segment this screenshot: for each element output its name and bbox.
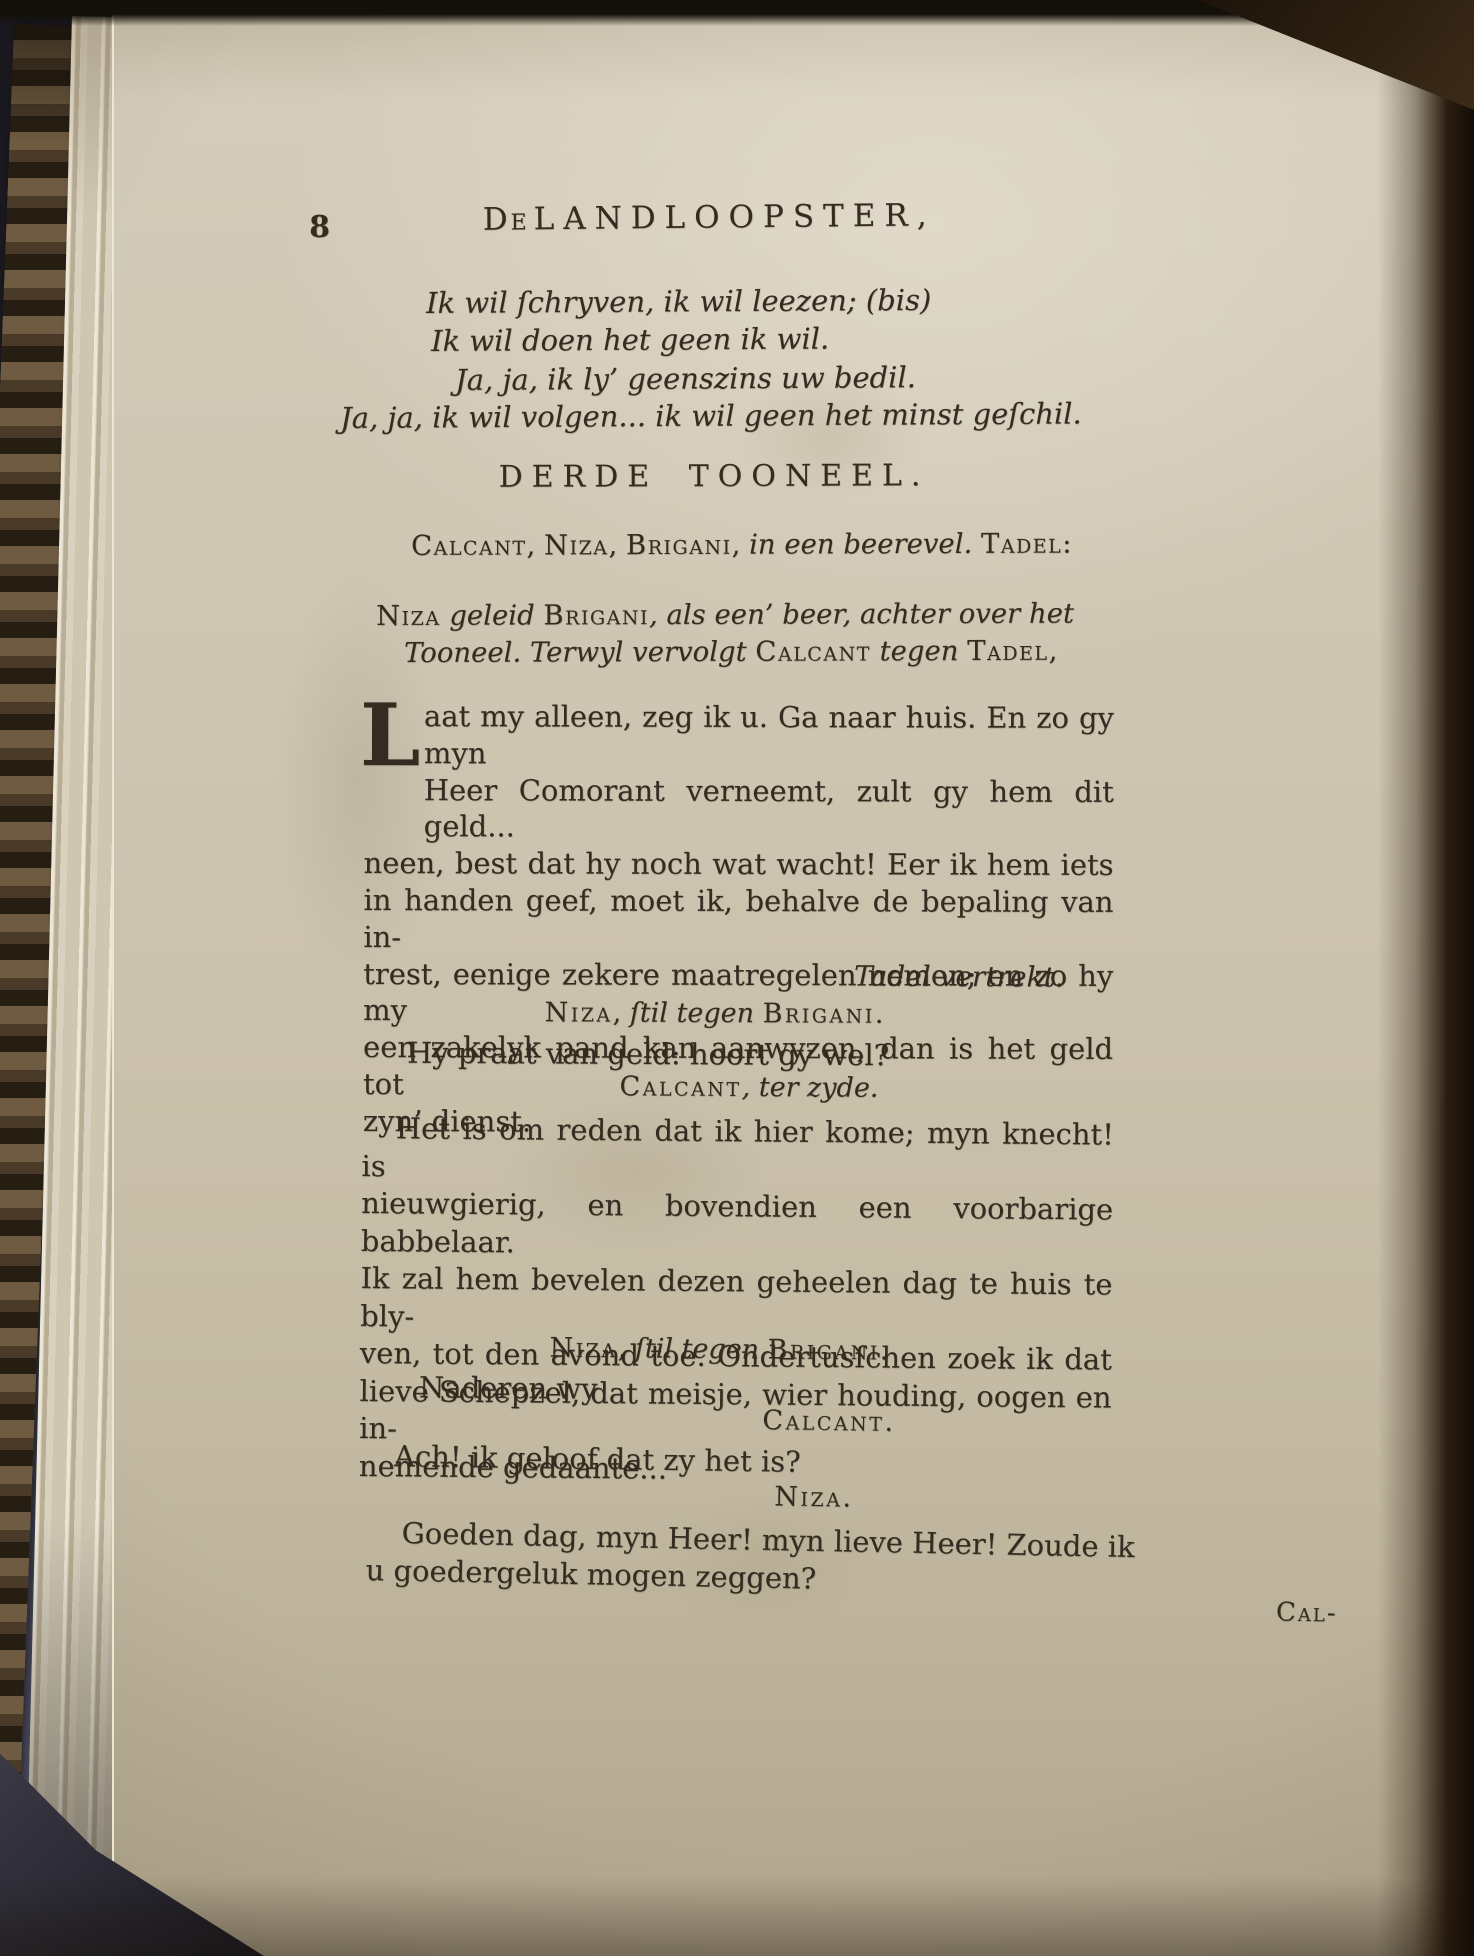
cast-name: Tadel: <box>981 528 1073 560</box>
speaker-heading: Calcant, ter zyde. <box>449 1070 1049 1105</box>
verse-line: Ik wil doen het geen ik wil. <box>431 322 829 358</box>
running-title-main: Landloopster, <box>533 197 935 237</box>
character-name: Niza <box>376 600 441 632</box>
character-name: Calcant <box>755 635 871 667</box>
speaker-separator: , <box>613 998 630 1029</box>
speech-line: Naderen wy <box>419 1370 598 1406</box>
character-name: Tadel <box>967 635 1048 667</box>
stage-direction-line: Niza geleid Brigani, als een’ beer, acht… <box>376 598 1074 632</box>
speech-line: Ach! ik geloof dat zy het is? <box>394 1439 801 1479</box>
speech-line: Hy praat van geld: hoort gy wel? <box>407 1036 889 1073</box>
cast-separator: , <box>526 529 544 561</box>
speaker-direction: , ter zyde. <box>742 1072 879 1104</box>
speaker-period: . <box>880 1335 889 1366</box>
direction-text: Tooneel. Terwyl vervolgt <box>404 636 755 669</box>
direction-text: tegen <box>871 635 968 667</box>
page-number: 8 <box>309 210 330 245</box>
speech-line: u goedergeluk mogen zeggen? <box>365 1553 816 1596</box>
speech-line: nieuwgierig, en bovendien een voorbarige… <box>361 1185 1114 1267</box>
stage-direction-line: Tooneel. Terwyl vervolgt Calcant tegen T… <box>404 635 1057 669</box>
cast-name: Brigani <box>626 529 732 561</box>
cast-separator: , <box>608 529 626 561</box>
running-title: DeLandloopster, <box>454 197 964 238</box>
speech-line: Heer Comorant verneemt, zult gy hem dit … <box>424 772 1114 847</box>
speech-line: aat my alleen, zeg ik u. Ga naar huis. E… <box>424 698 1114 773</box>
cast-name: Calcant <box>411 529 527 561</box>
running-title-prefix: De <box>483 201 530 237</box>
character-name: Niza <box>549 1333 617 1365</box>
speech-line: neen, best dat hy noch wat wacht! Eer ik… <box>364 845 1114 884</box>
speaker-heading: Calcant. <box>679 1404 979 1439</box>
direction-text: , als een’ beer, achter over het <box>649 598 1074 631</box>
cast-description: in een beerevel. <box>749 528 981 561</box>
speaker-period: . <box>875 999 884 1030</box>
direction-text: geleid <box>440 599 543 631</box>
drop-cap: L <box>360 702 421 769</box>
speaker-direction: ſtil tegen <box>635 1333 768 1365</box>
cast-line: Calcant, Niza, Brigani, in een beerevel.… <box>366 527 1118 562</box>
character-name: Brigani <box>767 1334 879 1366</box>
stage-exit: Tadel vertrekt. <box>854 959 1064 993</box>
catchword: Cal- <box>1276 1598 1338 1629</box>
speech-line: in handen geef, moet ik, behalve de bepa… <box>363 882 1113 958</box>
direction-text: , <box>1048 635 1057 667</box>
scene-heading: DERDE TOONEEL. <box>434 458 994 495</box>
character-name: Brigani <box>763 998 875 1029</box>
verse-line: Ik wil ſchryven, ik wil leezen; (bis) <box>426 283 931 320</box>
speech-line: Ik zal hem bevelen dezen geheelen dag te… <box>360 1260 1113 1342</box>
character-name: Niza <box>545 997 613 1028</box>
character-name: Brigani <box>543 599 649 631</box>
verse-line: Ja, ja, ik wil volgen... ik wil geen het… <box>340 396 1082 435</box>
verse-line: Ja, ja, ik ly’ geenszins uw bedil. <box>455 360 916 397</box>
speaker-separator: , <box>618 1333 635 1364</box>
character-name: Calcant <box>619 1071 741 1103</box>
cast-name: Niza <box>544 529 609 561</box>
speaker-heading: Niza, ſtil tegen Brigani. <box>414 997 1014 1031</box>
book-page: 8 DeLandloopster, Ik wil ſchryven, ik wi… <box>112 10 1474 1956</box>
book-photo: 8 DeLandloopster, Ik wil ſchryven, ik wi… <box>0 0 1474 1956</box>
speech-line: Het is om reden dat ik hier kome; myn kn… <box>361 1110 1114 1192</box>
page-text: 8 DeLandloopster, Ik wil ſchryven, ik wi… <box>114 10 1474 1956</box>
cast-separator: , <box>731 529 749 561</box>
character-name: Niza. <box>774 1481 854 1513</box>
speaker-direction: ſtil tegen <box>630 998 763 1030</box>
character-name: Calcant. <box>762 1405 896 1438</box>
speaker-heading: Niza, ſtil tegen Brigani. <box>419 1331 1019 1367</box>
speaker-heading: Niza. <box>664 1480 964 1516</box>
